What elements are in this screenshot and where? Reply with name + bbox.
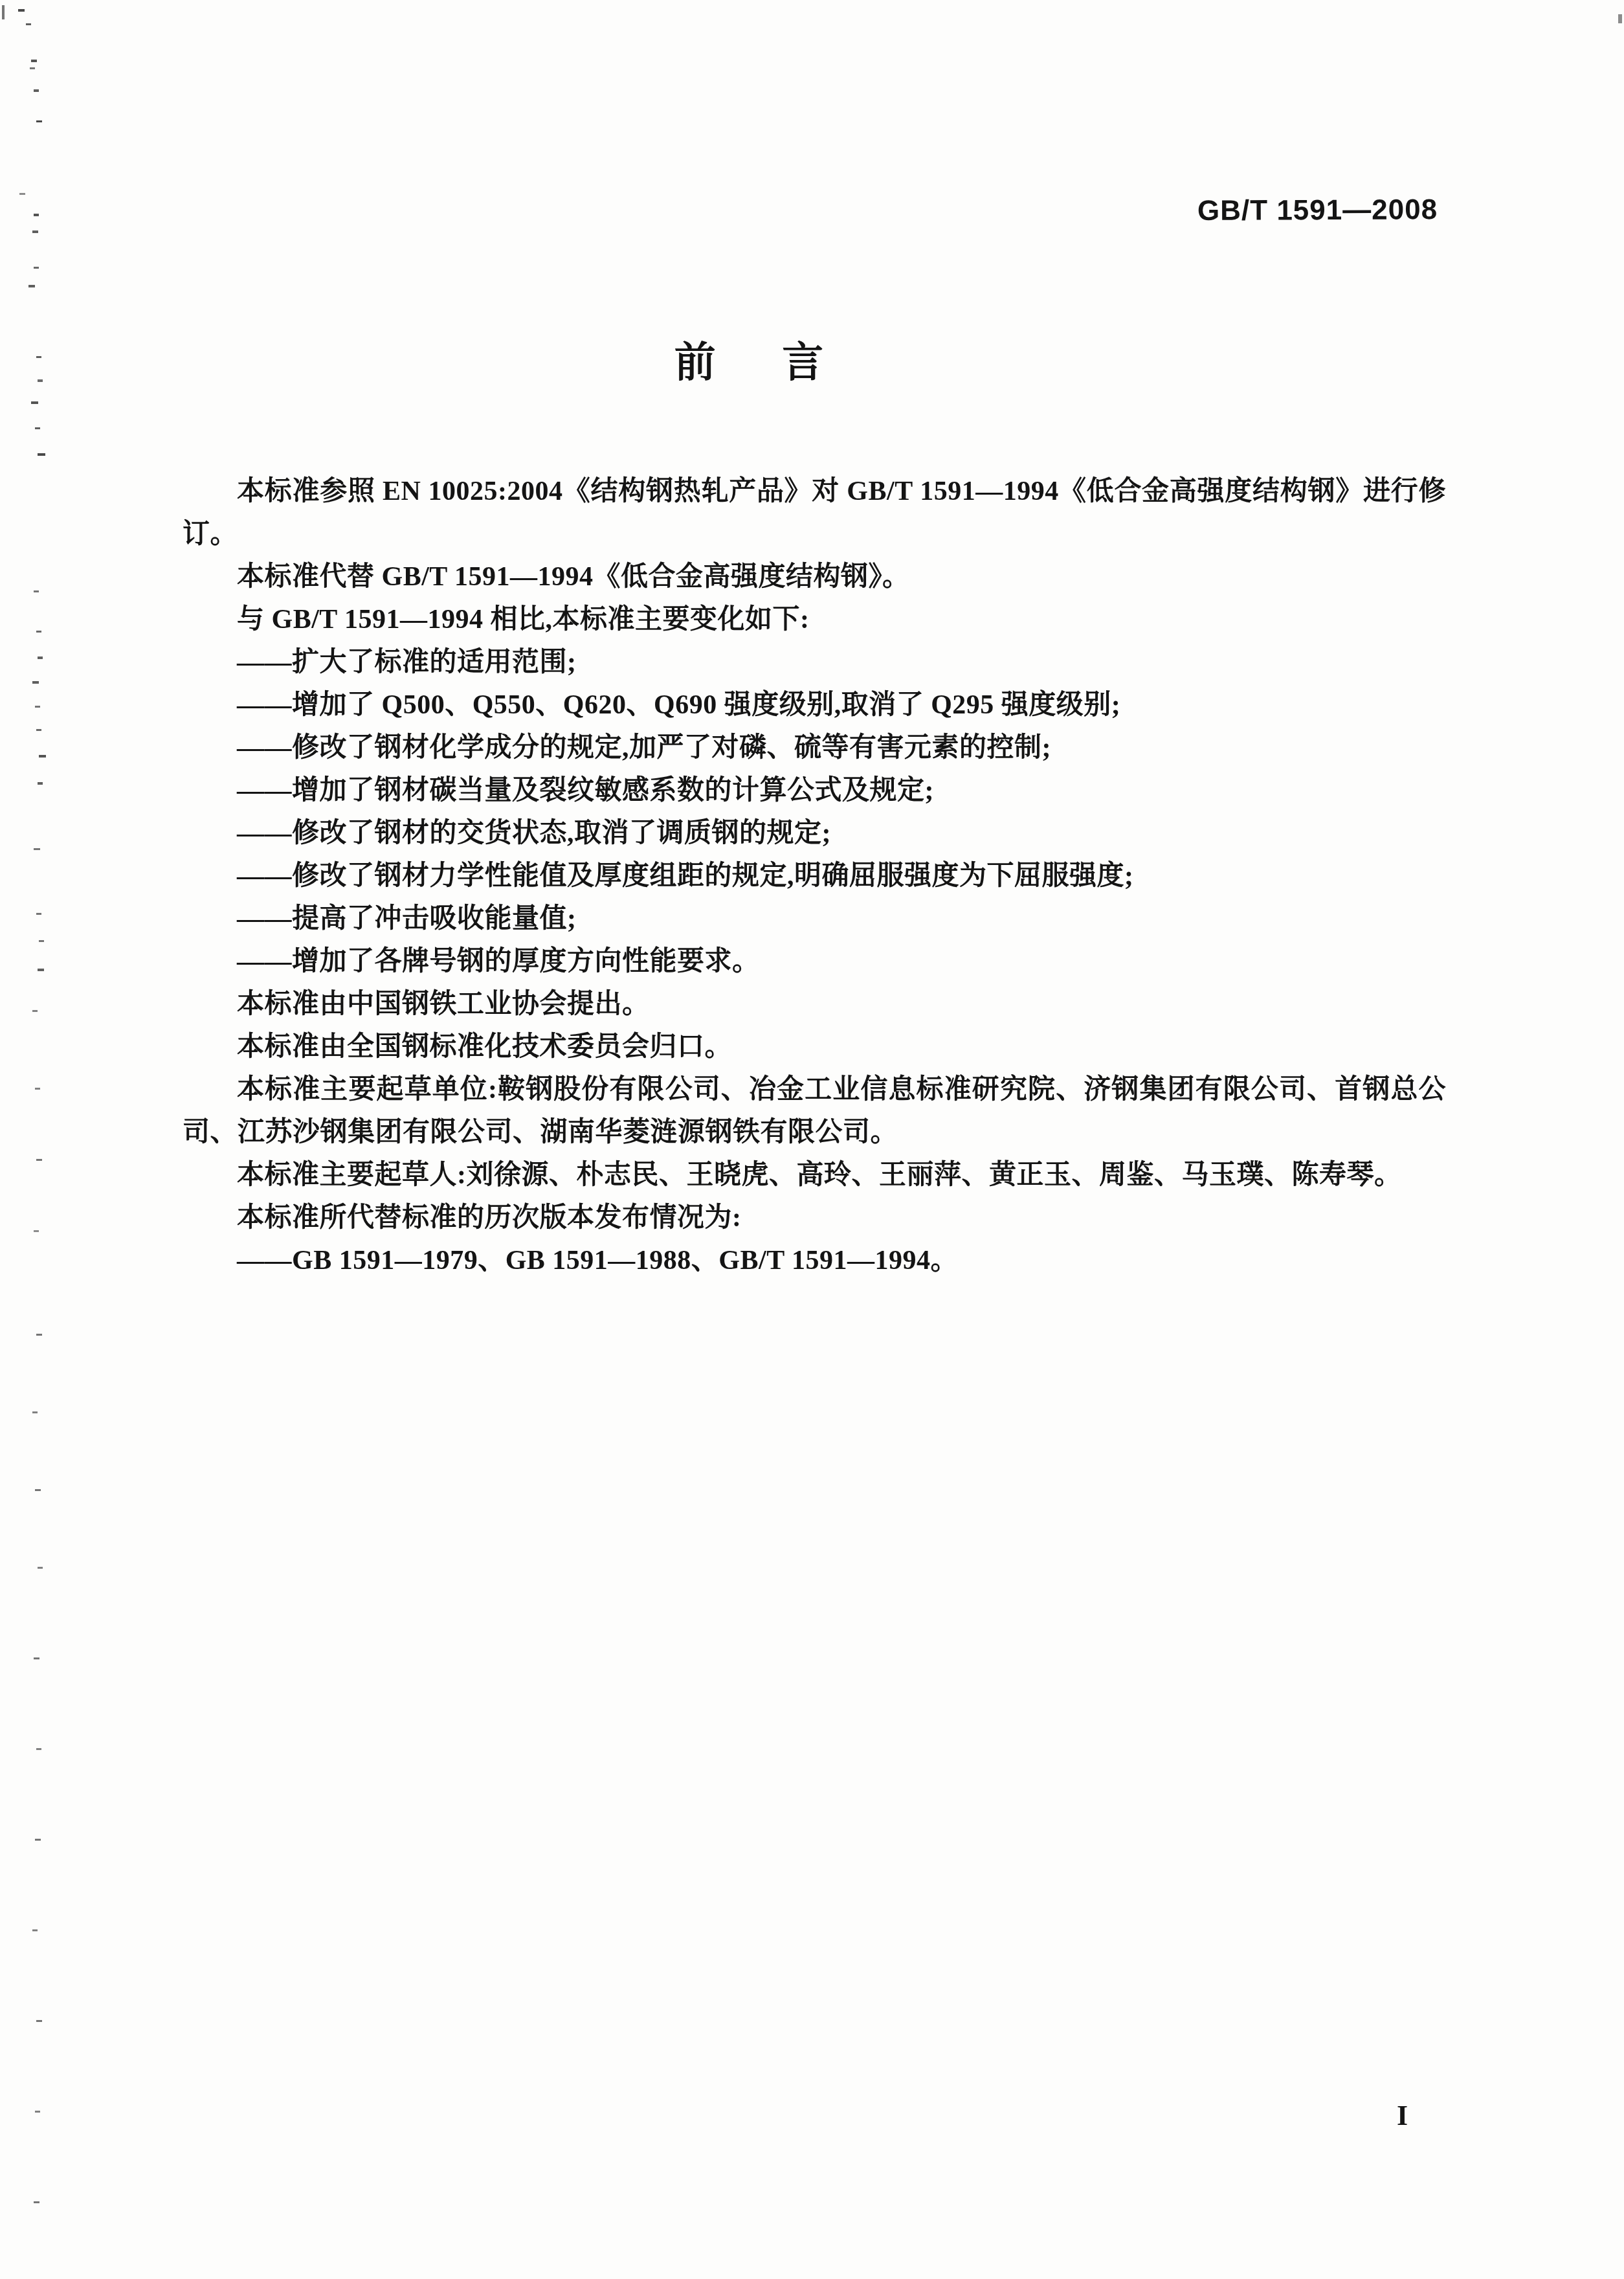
- paragraph: 本标准参照 EN 10025:2004《结构钢热轧产品》对 GB/T 1591—…: [183, 470, 1446, 556]
- scan-speck: [36, 356, 41, 358]
- scan-speck: [36, 2020, 42, 2022]
- scan-speck: [34, 89, 39, 92]
- scan-speck: [34, 2201, 39, 2203]
- foreword-title-text: 前言: [674, 339, 890, 385]
- paragraph: ——GB 1591—1979、GB 1591—1988、GB/T 1591—19…: [183, 1239, 1446, 1282]
- scan-speck: [38, 969, 44, 971]
- paragraph: 本标准由中国钢铁工业协会提出。: [183, 983, 1446, 1026]
- standard-number-header: GB/T 1591—2008: [1197, 194, 1456, 227]
- paragraph: 本标准由全国钢标准化技术委员会归口。: [183, 1026, 1446, 1068]
- scan-speck: [26, 23, 31, 25]
- scan-speck: [30, 67, 35, 69]
- paragraph: ——增加了 Q500、Q550、Q620、Q690 强度级别,取消了 Q295 …: [183, 684, 1446, 726]
- paragraph: ——增加了各牌号钢的厚度方向性能要求。: [183, 940, 1446, 983]
- scan-speck: [28, 285, 35, 287]
- scan-speck: [35, 706, 40, 708]
- paragraph: ——扩大了标准的适用范围;: [183, 641, 1446, 684]
- paragraph: 与 GB/T 1591—1994 相比,本标准主要变化如下:: [183, 598, 1446, 641]
- scan-speck: [35, 1088, 40, 1090]
- scan-speck: [34, 848, 40, 850]
- scan-speck: [35, 1489, 41, 1491]
- scan-speck: [36, 913, 41, 915]
- paragraph: 本标准代替 GB/T 1591—1994《低合金高强度结构钢》。: [183, 556, 1446, 598]
- paragraph: ——修改了钢材化学成分的规定,加严了对磷、硫等有害元素的控制;: [183, 726, 1446, 769]
- scan-speck: [35, 427, 40, 429]
- scan-speck: [34, 214, 39, 216]
- scan-speck: [1618, 14, 1622, 23]
- scan-speck: [34, 590, 39, 592]
- foreword-body: 本标准参照 EN 10025:2004《结构钢热轧产品》对 GB/T 1591—…: [183, 470, 1446, 1282]
- paragraph: 本标准所代替标准的历次版本发布情况为:: [183, 1196, 1446, 1239]
- scan-speck: [32, 1929, 38, 1931]
- paragraph: 本标准主要起草人:刘徐源、朴志民、王晓虎、高玲、王丽萍、黄正玉、周鉴、马玉璞、陈…: [183, 1154, 1446, 1196]
- scan-speck: [32, 1411, 38, 1413]
- scan-speck: [34, 267, 39, 269]
- scan-speck: [38, 379, 43, 382]
- scan-speck: [39, 940, 44, 942]
- scan-speck: [35, 1839, 41, 1841]
- scan-speck: [19, 193, 25, 195]
- scan-speck: [31, 401, 38, 404]
- scan-speck: [36, 1159, 42, 1161]
- scan-speck: [36, 120, 42, 122]
- scan-speck: [36, 1334, 42, 1336]
- foreword-title: 前言: [118, 329, 1380, 388]
- scan-speck: [39, 755, 46, 758]
- paragraph: ——修改了钢材力学性能值及厚度组距的规定,明确屈服强度为下屈服强度;: [183, 855, 1446, 897]
- scan-speck: [38, 1567, 43, 1569]
- paragraph: 本标准主要起草单位:鞍钢股份有限公司、冶金工业信息标准研究院、济钢集团有限公司、…: [183, 1068, 1446, 1154]
- scan-speck: [38, 657, 43, 659]
- scan-speck: [31, 60, 37, 62]
- scan-speck: [2, 5, 5, 19]
- scan-speck: [34, 1657, 39, 1659]
- scan-speck: [18, 9, 25, 12]
- paragraph: ——修改了钢材的交货状态,取消了调质钢的规定;: [183, 812, 1446, 855]
- page-number: I: [1397, 2099, 1408, 2132]
- scan-speck: [32, 230, 38, 233]
- scan-speck: [36, 631, 41, 633]
- paragraph: ——提高了冲击吸收能量值;: [183, 897, 1446, 940]
- scan-speck: [36, 1748, 41, 1750]
- scan-speck: [38, 782, 43, 785]
- scan-speck: [35, 2111, 40, 2113]
- scan-speck: [36, 729, 41, 731]
- paragraph: ——增加了钢材碳当量及裂纹敏感系数的计算公式及规定;: [183, 769, 1446, 812]
- document-page: GB/T 1591—2008 前言 本标准参照 EN 10025:2004《结构…: [0, 0, 1624, 2279]
- scan-speck: [32, 1010, 38, 1012]
- scan-speck: [38, 453, 45, 456]
- scan-speck: [32, 681, 39, 684]
- scan-speck: [34, 1230, 39, 1232]
